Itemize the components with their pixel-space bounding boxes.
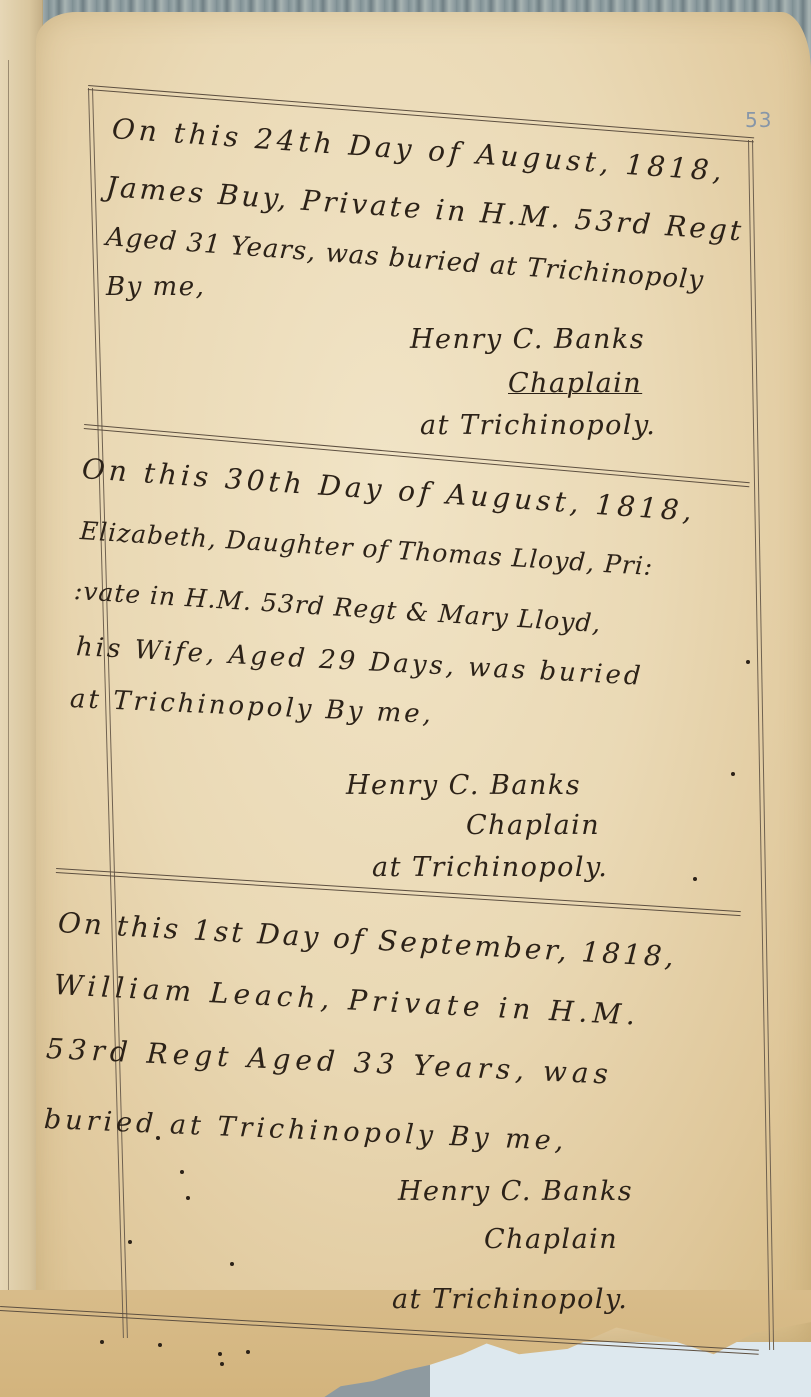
entry-3-signature-title: Chaplain bbox=[484, 1224, 618, 1255]
entry-1-signature-place: at Trichinopoly. bbox=[420, 410, 656, 441]
entry-3-signature-name: Henry C. Banks bbox=[398, 1176, 633, 1207]
ink-spot bbox=[246, 1350, 250, 1354]
ink-spot bbox=[746, 660, 750, 664]
entry-2-signature-place: at Trichinopoly. bbox=[372, 852, 608, 883]
ink-spot bbox=[220, 1362, 224, 1366]
facing-page-rule bbox=[8, 60, 9, 1360]
ink-spot bbox=[156, 1136, 160, 1140]
ink-spot bbox=[230, 1262, 234, 1266]
entry-2-signature-title: Chaplain bbox=[466, 810, 600, 841]
ink-spot bbox=[158, 1343, 162, 1347]
ink-spot bbox=[693, 877, 697, 881]
entry-1-signature-title: Chaplain bbox=[508, 368, 642, 399]
entry-1-line-4: By me, bbox=[106, 272, 205, 302]
entry-2-signature-name: Henry C. Banks bbox=[346, 770, 581, 801]
entry-3-signature-place: at Trichinopoly. bbox=[392, 1284, 628, 1315]
ink-spot bbox=[128, 1240, 132, 1244]
ink-spot bbox=[100, 1340, 104, 1344]
page-number: 53 bbox=[745, 108, 772, 132]
ink-spot bbox=[180, 1170, 184, 1174]
ink-spot bbox=[186, 1196, 190, 1200]
entry-1-signature-name: Henry C. Banks bbox=[410, 324, 645, 355]
ink-spot bbox=[731, 772, 735, 776]
ink-spot bbox=[218, 1352, 222, 1356]
